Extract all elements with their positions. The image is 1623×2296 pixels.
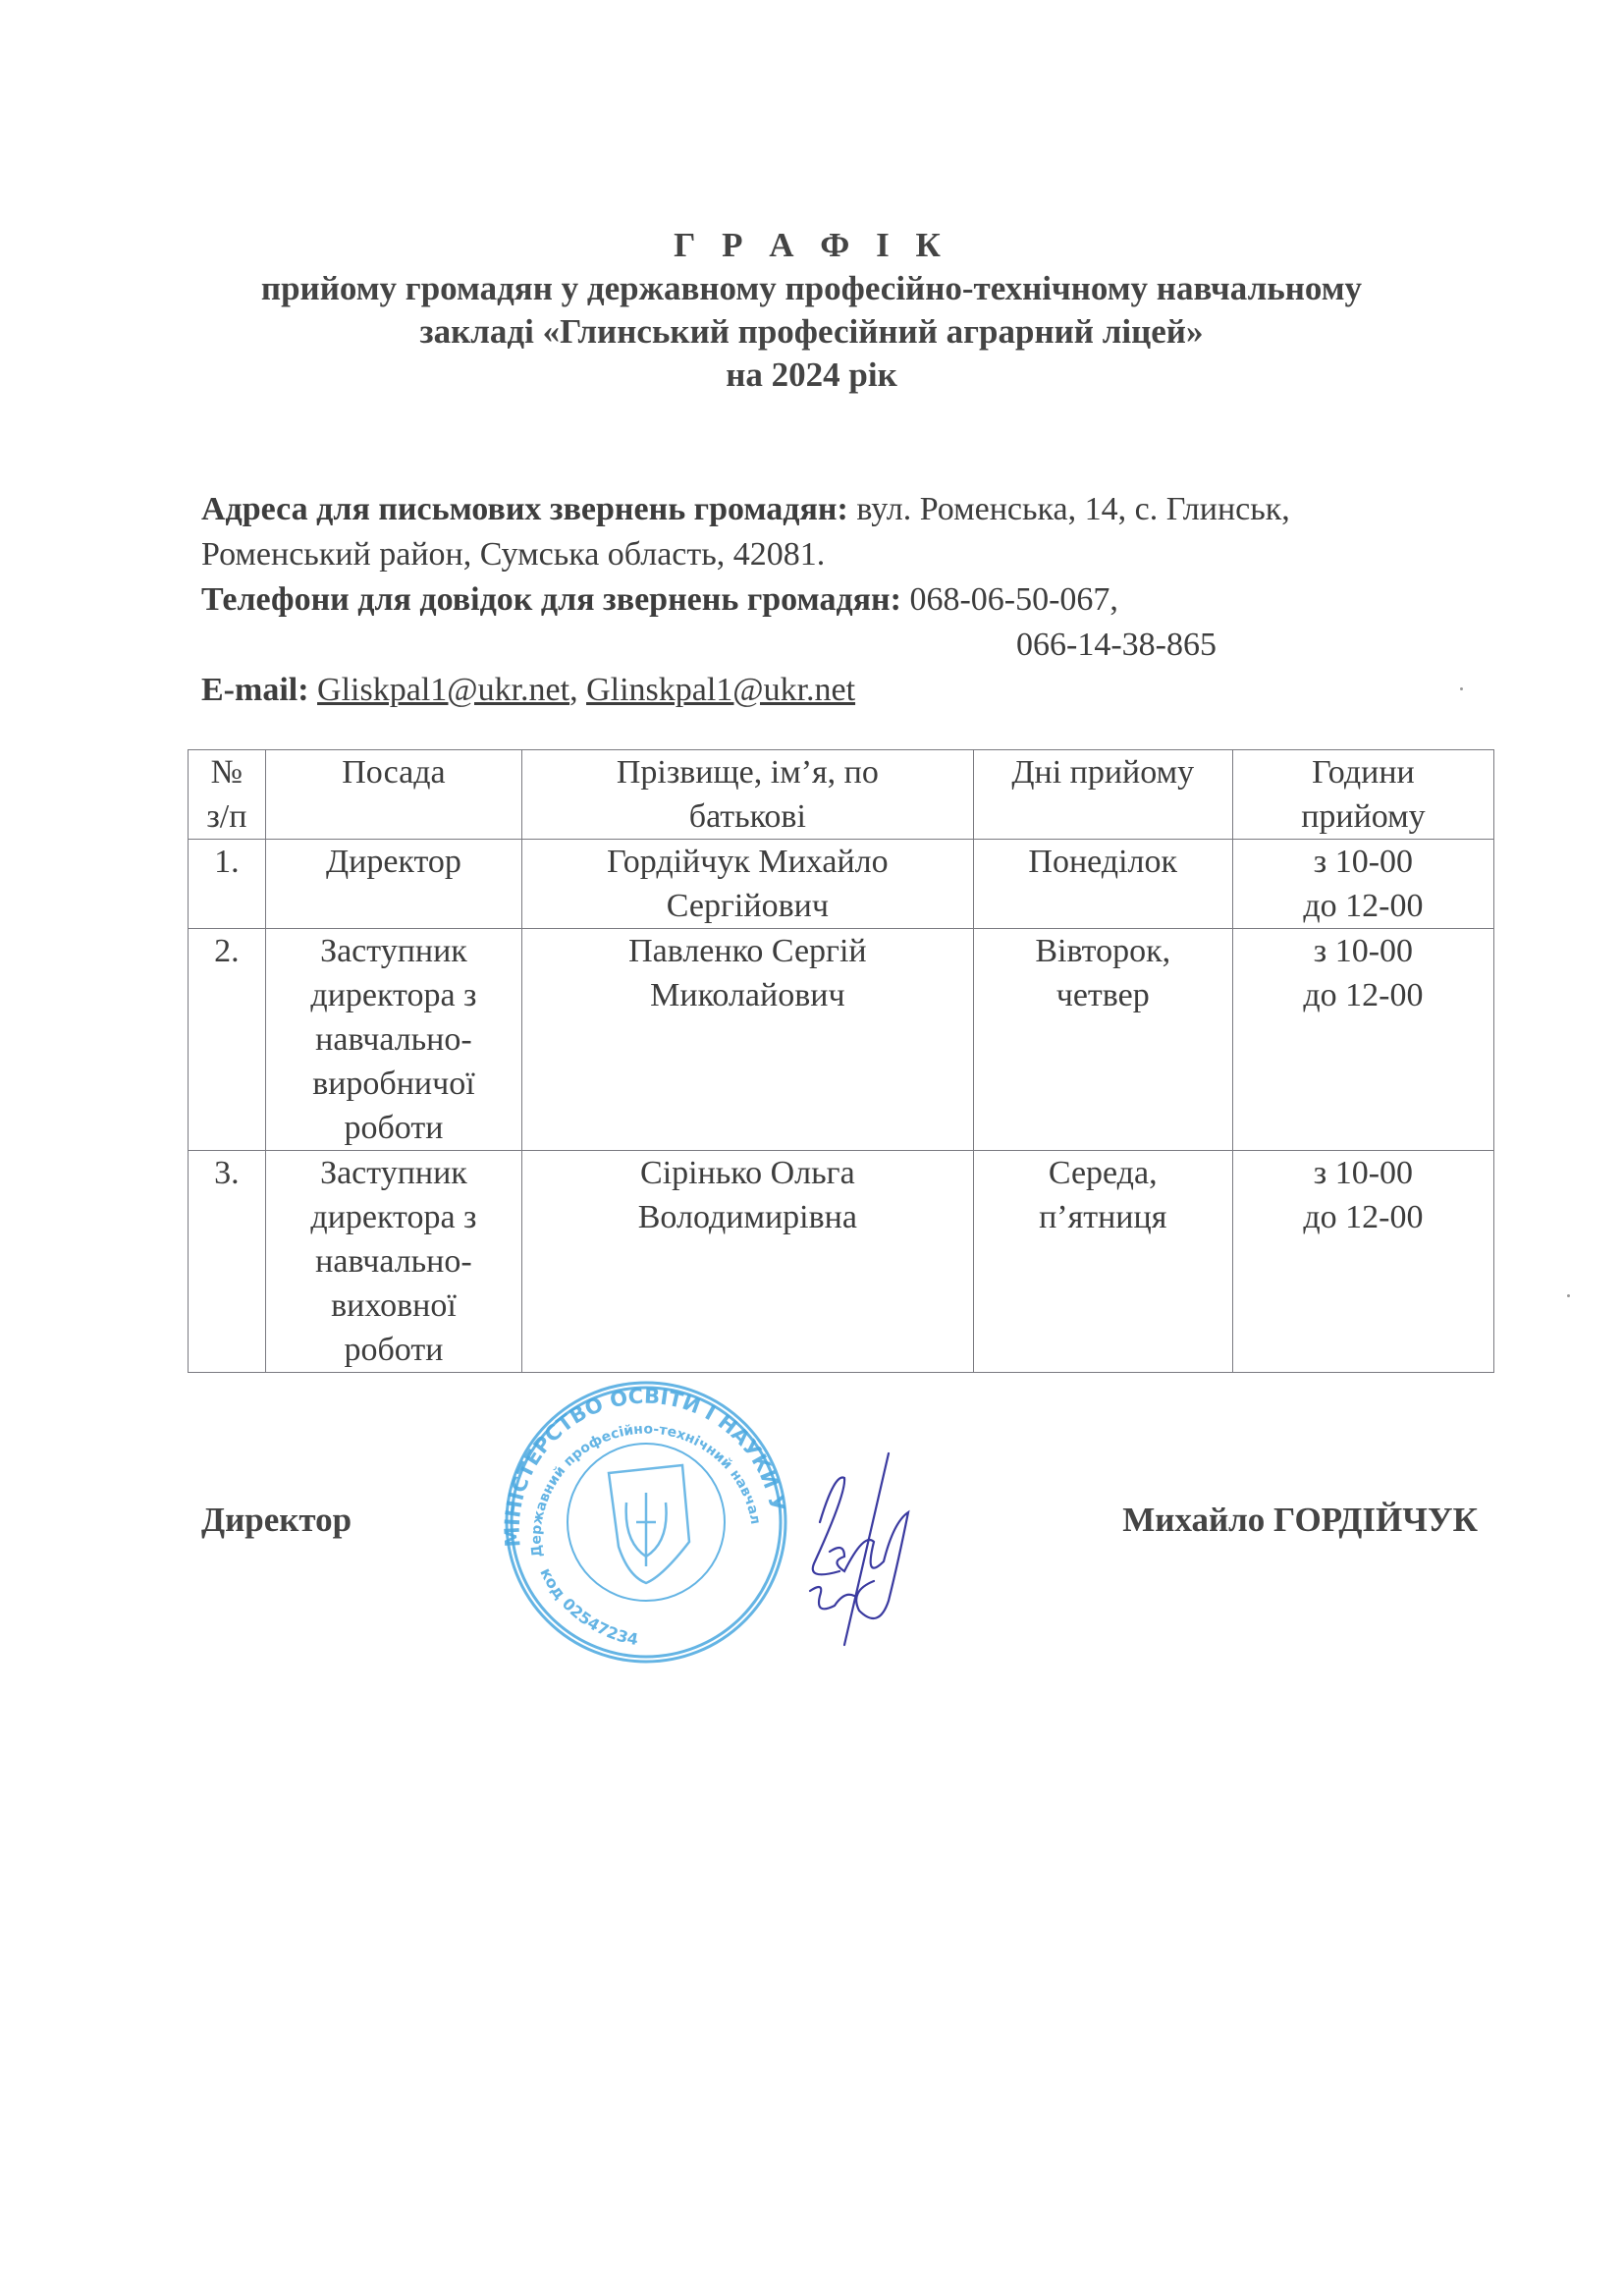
cell-full-name: Сірінько ОльгаВолодимирівна — [522, 1151, 973, 1373]
cell-line: з 10-00 — [1237, 840, 1489, 884]
cell-hours: з 10-00до 12-00 — [1232, 1151, 1493, 1373]
email-link-2[interactable]: Glinskpal1@ukr.net — [586, 672, 855, 708]
cell-line: Володимирівна — [526, 1195, 968, 1239]
cell-line: з 10-00 — [1237, 1151, 1489, 1195]
schedule-table: №з/п Посада Прізвище, ім’я, побатькові Д… — [188, 749, 1494, 1373]
email-link-1[interactable]: Gliskpal1@ukr.net — [317, 672, 569, 708]
signer-position: Директор — [201, 1501, 352, 1540]
cell-line: Миколайович — [526, 973, 968, 1017]
header-days: Дні прийому — [973, 750, 1232, 840]
cell-line: роботи — [270, 1328, 517, 1372]
address-value-1: вул. Роменська, 14, с. Глинськ, — [848, 491, 1290, 527]
subtitle-line-2: закладі «Глинський професійний аграрний … — [0, 310, 1623, 354]
table-row: 2. Заступник директора з навчально- виро… — [189, 929, 1494, 1151]
cell-full-name: Павленко СергійМиколайович — [522, 929, 973, 1151]
cell-number: 2. — [189, 929, 266, 1151]
email-separator: , — [569, 672, 586, 708]
cell-line: до 12-00 — [1237, 1195, 1489, 1239]
phone-1: 068-06-50-067, — [901, 581, 1118, 618]
cell-line: Сірінько Ольга — [526, 1151, 968, 1195]
cell-line: директора з — [270, 973, 517, 1017]
cell-line: п’ятниця — [978, 1195, 1228, 1239]
cell-line: директора з — [270, 1195, 517, 1239]
address-line: Адреса для письмових звернень громадян: … — [201, 487, 1497, 532]
cell-line: Гордійчук Михайло — [526, 840, 968, 884]
cell-position: Заступник директора з навчально- виховно… — [265, 1151, 521, 1373]
cell-number: 1. — [189, 840, 266, 929]
cell-line: роботи — [270, 1106, 517, 1150]
cell-position: Директор — [265, 840, 521, 929]
header-text: Дні прийому — [978, 750, 1228, 794]
header-text: Години — [1237, 750, 1489, 794]
header-text: прийому — [1237, 794, 1489, 839]
cell-line: навчально- — [270, 1017, 517, 1062]
header-text: Посада — [270, 750, 517, 794]
cell-days: Середа,п’ятниця — [973, 1151, 1232, 1373]
svg-text:код 02547234: код 02547234 — [536, 1564, 639, 1649]
phone-2: 066-14-38-865 — [201, 623, 1497, 668]
cell-days: Понеділок — [973, 840, 1232, 929]
cell-days: Вівторок,четвер — [973, 929, 1232, 1151]
address-label: Адреса для письмових звернень громадян: — [201, 491, 848, 527]
phones-line: Телефони для довідок для звернень громад… — [201, 577, 1497, 623]
signature-icon — [785, 1434, 952, 1650]
subtitle-line-3: на 2024 рік — [0, 354, 1623, 397]
header-position: Посада — [265, 750, 521, 840]
cell-full-name: Гордійчук МихайлоСергійович — [522, 840, 973, 929]
header-full-name: Прізвище, ім’я, побатькові — [522, 750, 973, 840]
subtitle-line-1: прийому громадян у державному професійно… — [0, 267, 1623, 310]
header-text: № — [192, 750, 261, 794]
cell-hours: з 10-00до 12-00 — [1232, 929, 1493, 1151]
cell-line: Директор — [270, 840, 517, 884]
cell-line: до 12-00 — [1237, 973, 1489, 1017]
cell-line: виховної — [270, 1284, 517, 1328]
document-header: Г Р А Ф І К прийому громадян у державном… — [0, 224, 1623, 397]
header-number: №з/п — [189, 750, 266, 840]
phones-label: Телефони для довідок для звернень громад… — [201, 581, 901, 618]
cell-line: Середа, — [978, 1151, 1228, 1195]
table-header-row: №з/п Посада Прізвище, ім’я, побатькові Д… — [189, 750, 1494, 840]
header-hours: Годиниприйому — [1232, 750, 1493, 840]
email-line: E-mail: Gliskpal1@ukr.net, Glinskpal1@uk… — [201, 668, 1497, 713]
cell-line: виробничої — [270, 1062, 517, 1106]
cell-line: четвер — [978, 973, 1228, 1017]
table-row: 1. Директор Гордійчук МихайлоСергійович … — [189, 840, 1494, 929]
svg-text:МІНІСТЕРСТВО ОСВІТИ І НАУКИ УК: МІНІСТЕРСТВО ОСВІТИ І НАУКИ УКРАЇНИ — [481, 1375, 789, 1548]
scan-speck — [1567, 1294, 1570, 1297]
cell-line: Понеділок — [978, 840, 1228, 884]
cell-line: до 12-00 — [1237, 884, 1489, 928]
cell-line: навчально- — [270, 1239, 517, 1284]
header-text: Прізвище, ім’я, по — [526, 750, 968, 794]
cell-line: Павленко Сергій — [526, 929, 968, 973]
header-text: батькові — [526, 794, 968, 839]
cell-line: Заступник — [270, 929, 517, 973]
cell-position: Заступник директора з навчально- виробни… — [265, 929, 521, 1151]
cell-number: 3. — [189, 1151, 266, 1373]
cell-line: з 10-00 — [1237, 929, 1489, 973]
header-text: з/п — [192, 794, 261, 839]
cell-line: Сергійович — [526, 884, 968, 928]
cell-line: Вівторок, — [978, 929, 1228, 973]
cell-line: Заступник — [270, 1151, 517, 1195]
official-stamp-icon: МІНІСТЕРСТВО ОСВІТИ І НАУКИ УКРАЇНИ Держ… — [481, 1375, 815, 1669]
email-label: E-mail: — [201, 672, 309, 708]
document-title: Г Р А Ф І К — [0, 224, 1623, 267]
signer-name: Михайло ГОРДІЙЧУК — [1122, 1501, 1478, 1540]
cell-hours: з 10-00до 12-00 — [1232, 840, 1493, 929]
contacts-block: Адреса для письмових звернень громадян: … — [201, 487, 1497, 713]
address-value-2: Роменський район, Сумська область, 42081… — [201, 532, 1497, 577]
scan-speck — [1460, 687, 1463, 690]
table-row: 3. Заступник директора з навчально- вихо… — [189, 1151, 1494, 1373]
